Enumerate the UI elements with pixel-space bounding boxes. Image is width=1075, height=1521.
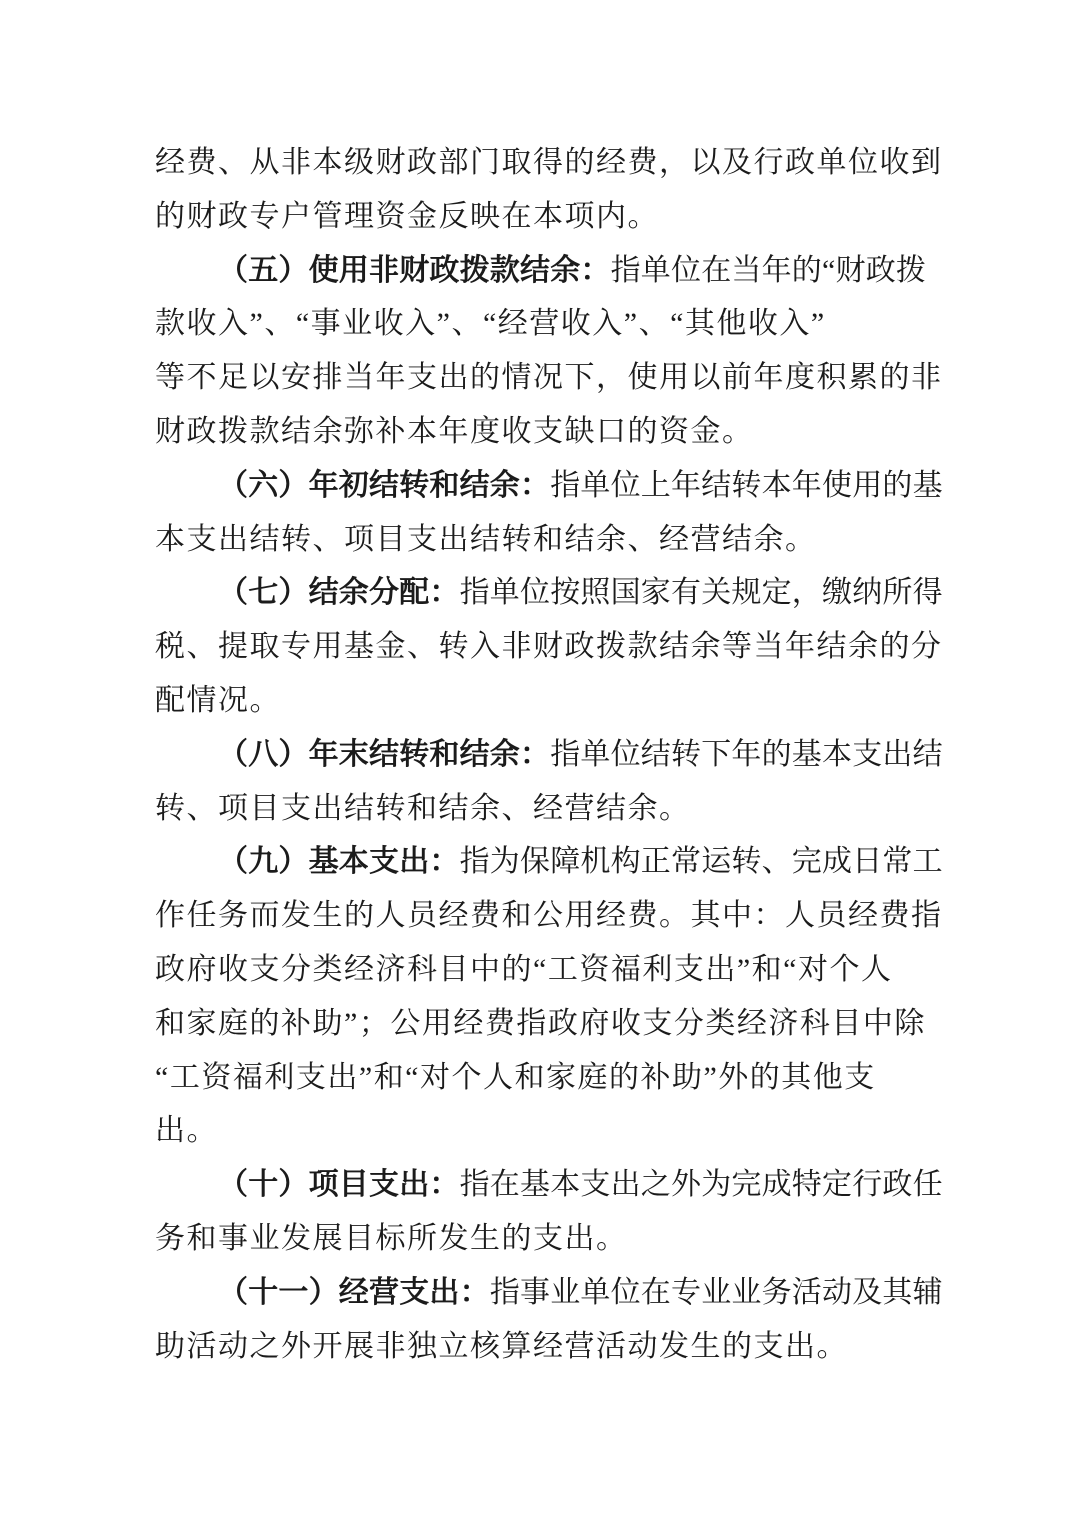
line-text: 政府收支分类经济科目中的“工资福利支出”和“对个人 — [155, 953, 892, 986]
line-text: 转、项目支出结转和结余、经营结余。 — [155, 792, 691, 825]
document-body: 经费、从非本级财政部门取得的经费，以及行政单位收到 的财政专户管理资金反映在本项… — [155, 136, 950, 1373]
document-line: 务和事业发展目标所发生的支出。 — [155, 1212, 950, 1266]
line-text: 指单位上年结转本年使用的基 — [550, 469, 943, 502]
line-text: 的财政专户管理资金反映在本项内。 — [155, 200, 659, 233]
document-line: （七）结余分配：指单位按照国家有关规定，缴纳所得 — [155, 566, 950, 620]
document-line: （九）基本支出：指为保障机构正常运转、完成日常工 — [155, 835, 950, 889]
document-line: 税、提取专用基金、转入非财政拨款结余等当年结余的分 — [155, 620, 950, 674]
line-text: 配情况。 — [155, 684, 281, 717]
document-line: 作任务而发生的人员经费和公用经费。其中：人员经费指 — [155, 889, 950, 943]
line-text: 财政拨款结余弥补本年度收支缺口的资金。 — [155, 415, 754, 448]
term-label: （十一）经营支出： — [218, 1276, 490, 1309]
term-label: （七）结余分配： — [218, 576, 460, 609]
document-line: 款收入”、“事业收入”、“经营收入”、“其他收入” — [155, 297, 950, 351]
term-label: （五）使用非财政拨款结余： — [218, 254, 611, 287]
document-page: 经费、从非本级财政部门取得的经费，以及行政单位收到 的财政专户管理资金反映在本项… — [0, 0, 1075, 1521]
line-text: 税、提取专用基金、转入非财政拨款结余等当年结余的分 — [155, 630, 943, 663]
document-line: 出。 — [155, 1104, 950, 1158]
document-line: （八）年末结转和结余：指单位结转下年的基本支出结 — [155, 728, 950, 782]
term-label: （九）基本支出： — [218, 845, 460, 878]
line-text: 指在基本支出之外为完成特定行政任 — [460, 1168, 943, 1201]
document-line: 转、项目支出结转和结余、经营结余。 — [155, 782, 950, 836]
document-line: 的财政专户管理资金反映在本项内。 — [155, 190, 950, 244]
line-text: 指单位结转下年的基本支出结 — [550, 738, 943, 771]
document-line: “工资福利支出”和“对个人和家庭的补助”外的其他支 — [155, 1051, 950, 1105]
document-line: （十）项目支出：指在基本支出之外为完成特定行政任 — [155, 1158, 950, 1212]
term-label: （六）年初结转和结余： — [218, 469, 550, 502]
line-text: 经费、从非本级财政部门取得的经费，以及行政单位收到 — [155, 146, 943, 179]
document-line: 和家庭的补助”；公用经费指政府收支分类经济科目中除 — [155, 997, 950, 1051]
line-text: 指为保障机构正常运转、完成日常工 — [460, 845, 943, 878]
document-line: 财政拨款结余弥补本年度收支缺口的资金。 — [155, 405, 950, 459]
line-text: 指单位按照国家有关规定，缴纳所得 — [460, 576, 943, 609]
line-text: 指事业单位在专业业务活动及其辅 — [490, 1276, 943, 1309]
document-line: 助活动之外开展非独立核算经营活动发生的支出。 — [155, 1320, 950, 1374]
document-line: （十一）经营支出：指事业单位在专业业务活动及其辅 — [155, 1266, 950, 1320]
line-text: 本支出结转、项目支出结转和结余、经营结余。 — [155, 523, 817, 556]
line-text: 作任务而发生的人员经费和公用经费。其中：人员经费指 — [155, 899, 943, 932]
line-text: “工资福利支出”和“对个人和家庭的补助”外的其他支 — [155, 1061, 876, 1094]
line-text: 等不足以安排当年支出的情况下，使用以前年度积累的非 — [155, 361, 943, 394]
line-text: 务和事业发展目标所发生的支出。 — [155, 1222, 628, 1255]
line-text: 和家庭的补助”；公用经费指政府收支分类经济科目中除 — [155, 1007, 926, 1040]
document-line: 政府收支分类经济科目中的“工资福利支出”和“对个人 — [155, 943, 950, 997]
line-text: 助活动之外开展非独立核算经营活动发生的支出。 — [155, 1330, 848, 1363]
term-label: （八）年末结转和结余： — [218, 738, 550, 771]
line-text: 出。 — [155, 1114, 218, 1147]
document-line: 本支出结转、项目支出结转和结余、经营结余。 — [155, 513, 950, 567]
document-line: 等不足以安排当年支出的情况下，使用以前年度积累的非 — [155, 351, 950, 405]
document-line: 配情况。 — [155, 674, 950, 728]
document-line: （五）使用非财政拨款结余：指单位在当年的“财政拨 — [155, 244, 950, 298]
line-text: 款收入”、“事业收入”、“经营收入”、“其他收入” — [155, 307, 826, 340]
line-text: 指单位在当年的“财政拨 — [611, 254, 927, 287]
document-line: （六）年初结转和结余：指单位上年结转本年使用的基 — [155, 459, 950, 513]
term-label: （十）项目支出： — [218, 1168, 460, 1201]
document-line: 经费、从非本级财政部门取得的经费，以及行政单位收到 — [155, 136, 950, 190]
